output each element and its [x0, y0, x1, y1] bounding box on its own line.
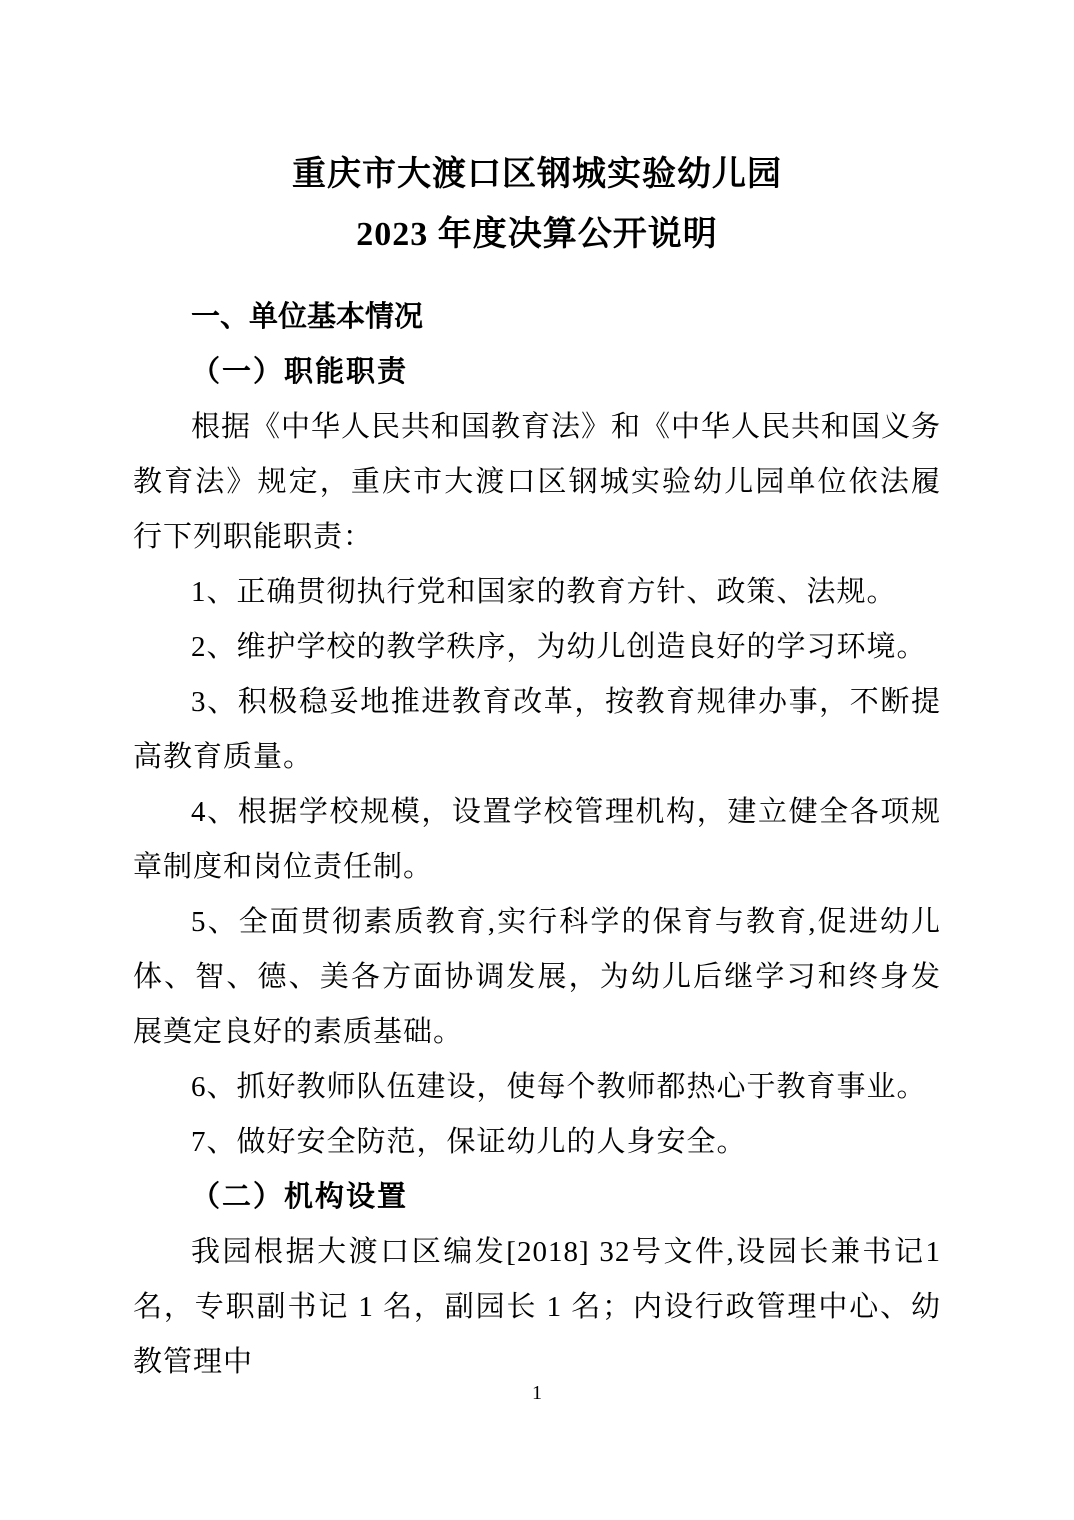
duty-item-3: 3、积极稳妥地推进教育改革，按教育规律办事，不断提高教育质量。	[133, 675, 941, 785]
duty-item-5: 5、全面贯彻素质教育,实行科学的保育与教育,促进幼儿体、智、德、美各方面协调发展…	[133, 895, 941, 1060]
page-number: 1	[0, 1378, 1074, 1408]
duty-item-6: 6、抓好教师队伍建设，使每个教师都热心于教育事业。	[133, 1060, 941, 1115]
duty-item-7: 7、做好安全防范，保证幼儿的人身安全。	[133, 1115, 941, 1170]
duty-item-1: 1、正确贯彻执行党和国家的教育方针、政策、法规。	[133, 565, 941, 620]
document-content: 重庆市大渡口区钢城实验幼儿园 2023 年度决算公开说明 一、单位基本情况 （一…	[133, 145, 941, 1390]
document-title-line-2: 2023 年度决算公开说明	[133, 205, 941, 265]
duty-item-4: 4、根据学校规模，设置学校管理机构，建立健全各项规章制度和岗位责任制。	[133, 785, 941, 895]
org-structure-paragraph: 我园根据大渡口区编发[2018] 32号文件,设园长兼书记1名，专职副书记 1 …	[133, 1225, 941, 1390]
duty-item-2: 2、维护学校的教学秩序，为幼儿创造良好的学习环境。	[133, 620, 941, 675]
intro-paragraph: 根据《中华人民共和国教育法》和《中华人民共和国义务教育法》规定，重庆市大渡口区钢…	[133, 400, 941, 565]
document-title-line-1: 重庆市大渡口区钢城实验幼儿园	[133, 145, 941, 205]
subsection-heading-org-structure: （二）机构设置	[133, 1170, 941, 1225]
section-heading-basic-info: 一、单位基本情况	[133, 290, 941, 345]
subsection-heading-duties: （一）职能职责	[133, 345, 941, 400]
document-page: 重庆市大渡口区钢城实验幼儿园 2023 年度决算公开说明 一、单位基本情况 （一…	[0, 0, 1074, 1520]
